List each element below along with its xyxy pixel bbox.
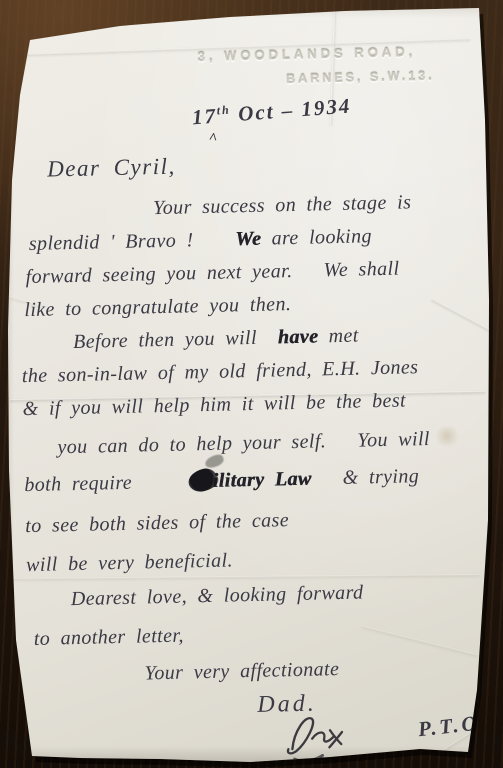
letter-content: 3, WOODLANDS ROAD, BARNES, S.W.13. 17th … bbox=[0, 0, 503, 768]
pen-caret-mark: ^ bbox=[208, 130, 218, 148]
salutation: Dear Cyril, bbox=[47, 154, 176, 183]
letter-date: 17th Oct – 1934 bbox=[191, 93, 352, 130]
wooden-table-background: 3, WOODLANDS ROAD, BARNES, S.W.13. 17th … bbox=[0, 0, 503, 768]
letter-line: to another letter, bbox=[33, 613, 490, 656]
letter-body: Your success on the stage issplendid ' B… bbox=[18, 185, 492, 727]
date-ordinal: th bbox=[216, 103, 231, 118]
letter-paper: 3, WOODLANDS ROAD, BARNES, S.W.13. 17th … bbox=[0, 0, 503, 768]
letter-line: Dearest love, & looking forward bbox=[71, 574, 490, 616]
letter-line: to see both sides of the case bbox=[25, 500, 488, 543]
letterhead-address-line1: 3, WOODLANDS ROAD, bbox=[197, 44, 416, 64]
letterhead-address-line2: BARNES, S.W.13. bbox=[286, 69, 435, 86]
letter-line: both require Military Law & trying bbox=[24, 459, 487, 502]
letter-line: you can do to help your self. You will bbox=[57, 422, 486, 465]
